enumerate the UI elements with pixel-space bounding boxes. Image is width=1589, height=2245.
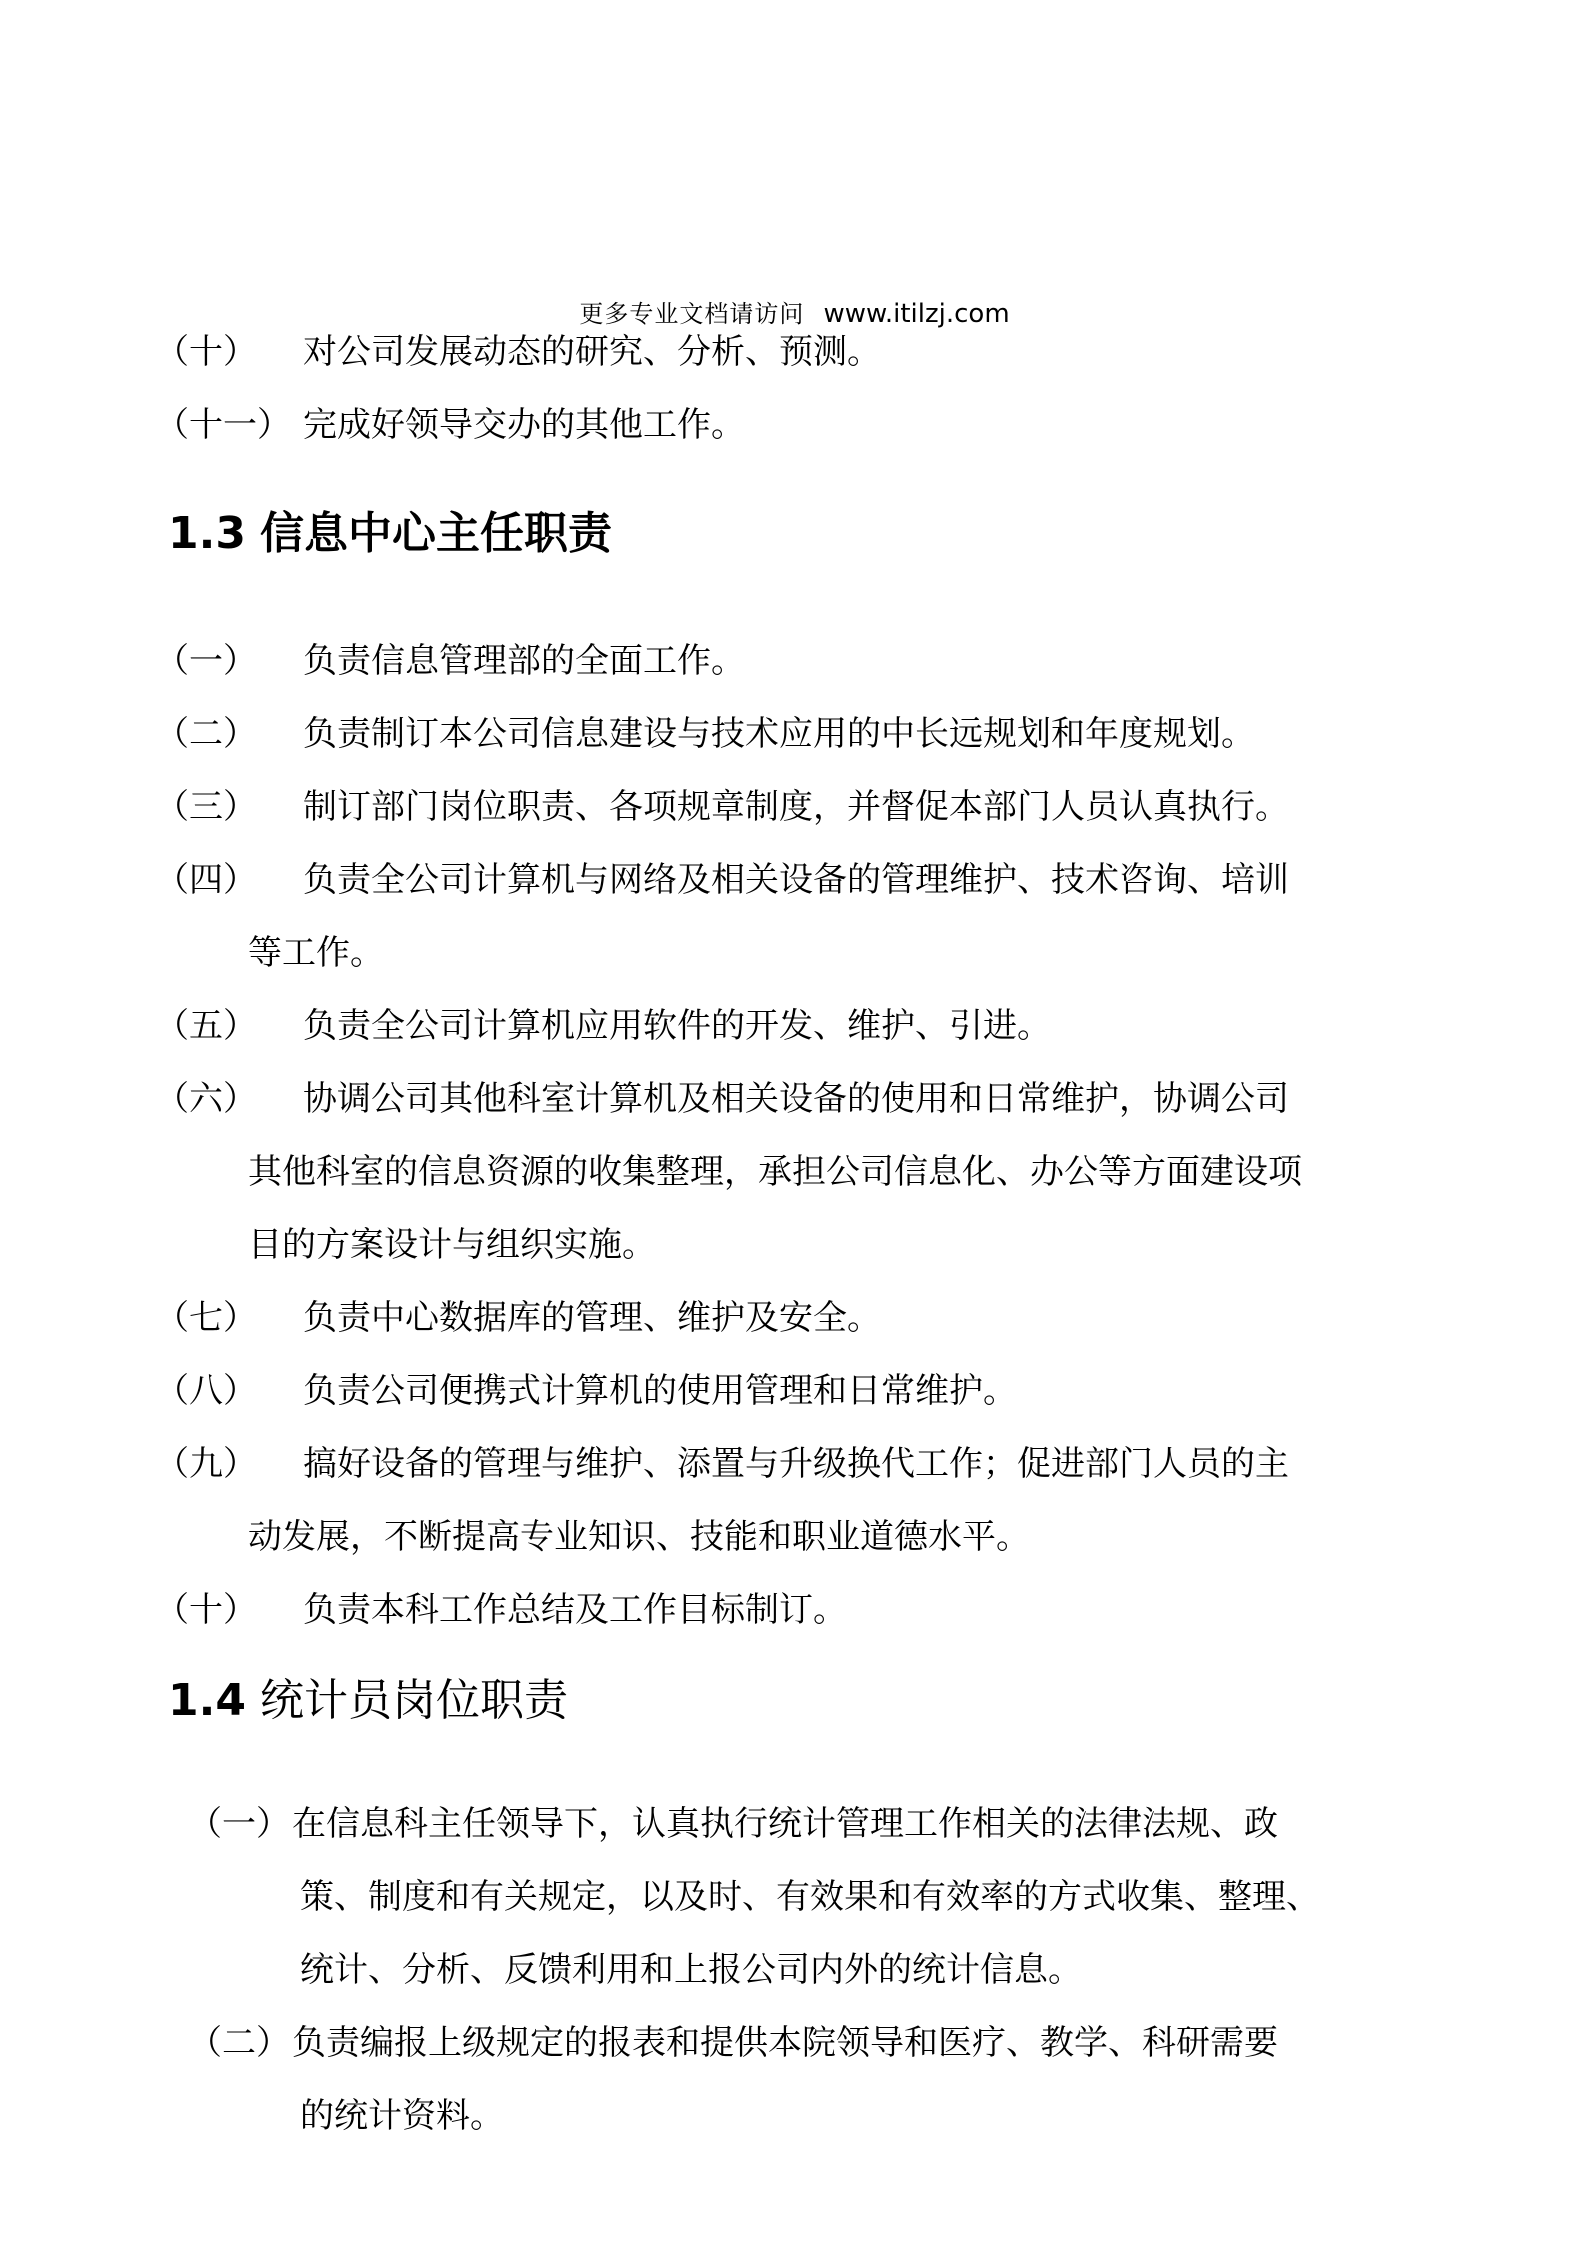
list-item-text: 负责制订本公司信息建设与技术应用的中长远规划和年度规划。 [303,714,1255,754]
header-watermark: 更多专业文档请访问 www.itilzj.com [0,294,1589,329]
list-item-continuation: 其他科室的信息资源的收集整理，承担公司信息化、办公等方面建设项 [248,1136,1589,1209]
list-item: （四）负责全公司计算机与网络及相关设备的管理维护、技术咨询、培训 [155,844,1589,917]
list-item-continuation: 策、制度和有关规定，以及时、有效果和有效率的方式收集、整理、 [300,1861,1589,1934]
list-item-marker: （八） [155,1355,303,1428]
list-item-marker: （三） [155,771,303,844]
list-item-text: 的统计资料。 [300,2096,504,2136]
watermark-notice: 更多专业文档请访问 [579,300,804,328]
list-item-continuation: 目的方案设计与组织实施。 [248,1209,1589,1282]
list-item-continuation: 动发展，不断提高专业知识、技能和职业道德水平。 [248,1501,1589,1574]
list-item-marker: （十） [155,1574,303,1647]
list-item: （六）协调公司其他科室计算机及相关设备的使用和日常维护，协调公司 [155,1063,1589,1136]
list-item-marker: （一） [155,625,303,698]
list-item-text: 目的方案设计与组织实施。 [248,1225,656,1265]
list-item: （三）制订部门岗位职责、各项规章制度，并督促本部门人员认真执行。 [155,771,1589,844]
list-item-text: 负责编报上级规定的报表和提供本院领导和医疗、教学、科研需要 [292,2023,1278,2063]
list-item-text: 统计、分析、反馈利用和上报公司内外的统计信息。 [300,1950,1082,1990]
list-item-marker: （二） [155,698,303,771]
list-item-marker: （一） [188,1788,292,1861]
section-title: 统计员岗位职责 [260,1675,568,1726]
list-item-text: 在信息科主任领导下，认真执行统计管理工作相关的法律法规、政 [292,1804,1278,1844]
section-title: 信息中心主任职责 [260,508,612,559]
list-item-text: 负责中心数据库的管理、维护及安全。 [303,1298,881,1338]
section-heading-1-3: 1.3信息中心主任职责 [168,504,1589,564]
list-item-text: 负责全公司计算机应用软件的开发、维护、引进。 [303,1006,1051,1046]
document-page: 更多专业文档请访问 www.itilzj.com （十）对公司发展动态的研究、分… [0,0,1589,2245]
list-item: （八）负责公司便携式计算机的使用管理和日常维护。 [155,1355,1589,1428]
section-heading-1-4: 1.4统计员岗位职责 [168,1671,1589,1731]
list-item-marker: （五） [155,990,303,1063]
list-item-text: 完成好领导交办的其他工作。 [303,405,745,445]
list-item-continuation: 等工作。 [248,917,1589,990]
list-item-continuation: 统计、分析、反馈利用和上报公司内外的统计信息。 [300,1934,1589,2007]
list-item: （十）负责本科工作总结及工作目标制订。 [155,1574,1589,1647]
list-item-text: 制订部门岗位职责、各项规章制度，并督促本部门人员认真执行。 [303,787,1289,827]
list-item-marker: （六） [155,1063,303,1136]
list-item-text: 其他科室的信息资源的收集整理，承担公司信息化、办公等方面建设项 [248,1152,1302,1192]
list-item: （七）负责中心数据库的管理、维护及安全。 [155,1282,1589,1355]
list-item: （十一）完成好领导交办的其他工作。 [155,389,1589,462]
list-item-marker: （十一） [155,389,303,462]
list-item-text: 对公司发展动态的研究、分析、预测。 [303,332,881,372]
list-item-marker: （九） [155,1428,303,1501]
watermark-url: www.itilzj.com [823,299,1009,329]
list-item: （五）负责全公司计算机应用软件的开发、维护、引进。 [155,990,1589,1063]
list-item-text: 动发展，不断提高专业知识、技能和职业道德水平。 [248,1517,1030,1557]
section-number: 1.4 [168,1675,246,1726]
list-item: （一）在信息科主任领导下，认真执行统计管理工作相关的法律法规、政 [188,1788,1589,1861]
list-item-text: 协调公司其他科室计算机及相关设备的使用和日常维护，协调公司 [303,1079,1289,1119]
list-item-text: 负责本科工作总结及工作目标制订。 [303,1590,847,1630]
list-item-marker: （四） [155,844,303,917]
list-item-continuation: 的统计资料。 [300,2080,1589,2153]
list-item-text: 搞好设备的管理与维护、添置与升级换代工作；促进部门人员的主 [303,1444,1289,1484]
section-number: 1.3 [168,508,246,559]
list-item-marker: （二） [188,2007,292,2080]
list-item-text: 负责公司便携式计算机的使用管理和日常维护。 [303,1371,1017,1411]
list-item-text: 等工作。 [248,933,384,973]
list-item: （二）负责制订本公司信息建设与技术应用的中长远规划和年度规划。 [155,698,1589,771]
list-item: （一）负责信息管理部的全面工作。 [155,625,1589,698]
list-item: （九）搞好设备的管理与维护、添置与升级换代工作；促进部门人员的主 [155,1428,1589,1501]
list-item: （二）负责编报上级规定的报表和提供本院领导和医疗、教学、科研需要 [188,2007,1589,2080]
list-item-text: 负责全公司计算机与网络及相关设备的管理维护、技术咨询、培训 [303,860,1289,900]
list-item-text: 策、制度和有关规定，以及时、有效果和有效率的方式收集、整理、 [300,1877,1320,1917]
list-item-text: 负责信息管理部的全面工作。 [303,641,745,681]
list-item-marker: （七） [155,1282,303,1355]
